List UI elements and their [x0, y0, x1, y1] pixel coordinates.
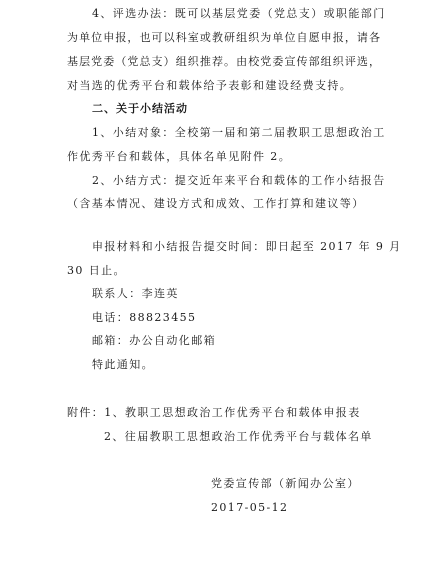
contact-person: 联系人：李连英 [92, 286, 179, 302]
section2-item2-line1: 2、小结方式：提交近年来平台和载体的工作小结报告 [92, 173, 386, 189]
deadline-line2: 30 日止。 [67, 263, 126, 279]
contact-email: 邮箱：办公自动化邮箱 [92, 333, 216, 349]
item4-line3: 基层党委（党总支）组织推荐。由校党委宣传部组织评选， [67, 54, 380, 70]
item4-line1: 4、评选办法：既可以基层党委（党总支）或职能部门 [92, 6, 386, 22]
section2-item1-line1: 1、小结对象：全校第一届和第二届教职工思想政治工 [92, 125, 386, 141]
signature-department: 党委宣传部（新闻办公室） [211, 476, 360, 492]
attachment-item1: 附件：1、教职工思想政治工作优秀平台和载体申报表 [67, 405, 361, 421]
deadline-line1: 申报材料和小结报告提交时间：即日起至 2017 年 9 月 [92, 239, 402, 255]
item4-line2: 为单位申报，也可以科室或教研组织为单位自愿申报，请各 [67, 30, 380, 46]
section2-heading: 二、关于小结活动 [92, 101, 188, 117]
item4-line4: 对当选的优秀平台和载体给予表彰和建设经费支持。 [67, 78, 352, 94]
section2-item1-line2: 作优秀平台和载体，具体名单见附件 2。 [67, 149, 291, 165]
closing-text: 特此通知。 [92, 357, 154, 373]
signature-date: 2017-05-12 [211, 500, 288, 516]
contact-phone: 电话：88823455 [92, 310, 196, 326]
section2-item2-line2: （含基本情况、建设方式和成效、工作打算和建议等） [67, 196, 365, 212]
attachment-item2: 2、往届教职工思想政治工作优秀平台与载体名单 [104, 429, 373, 445]
